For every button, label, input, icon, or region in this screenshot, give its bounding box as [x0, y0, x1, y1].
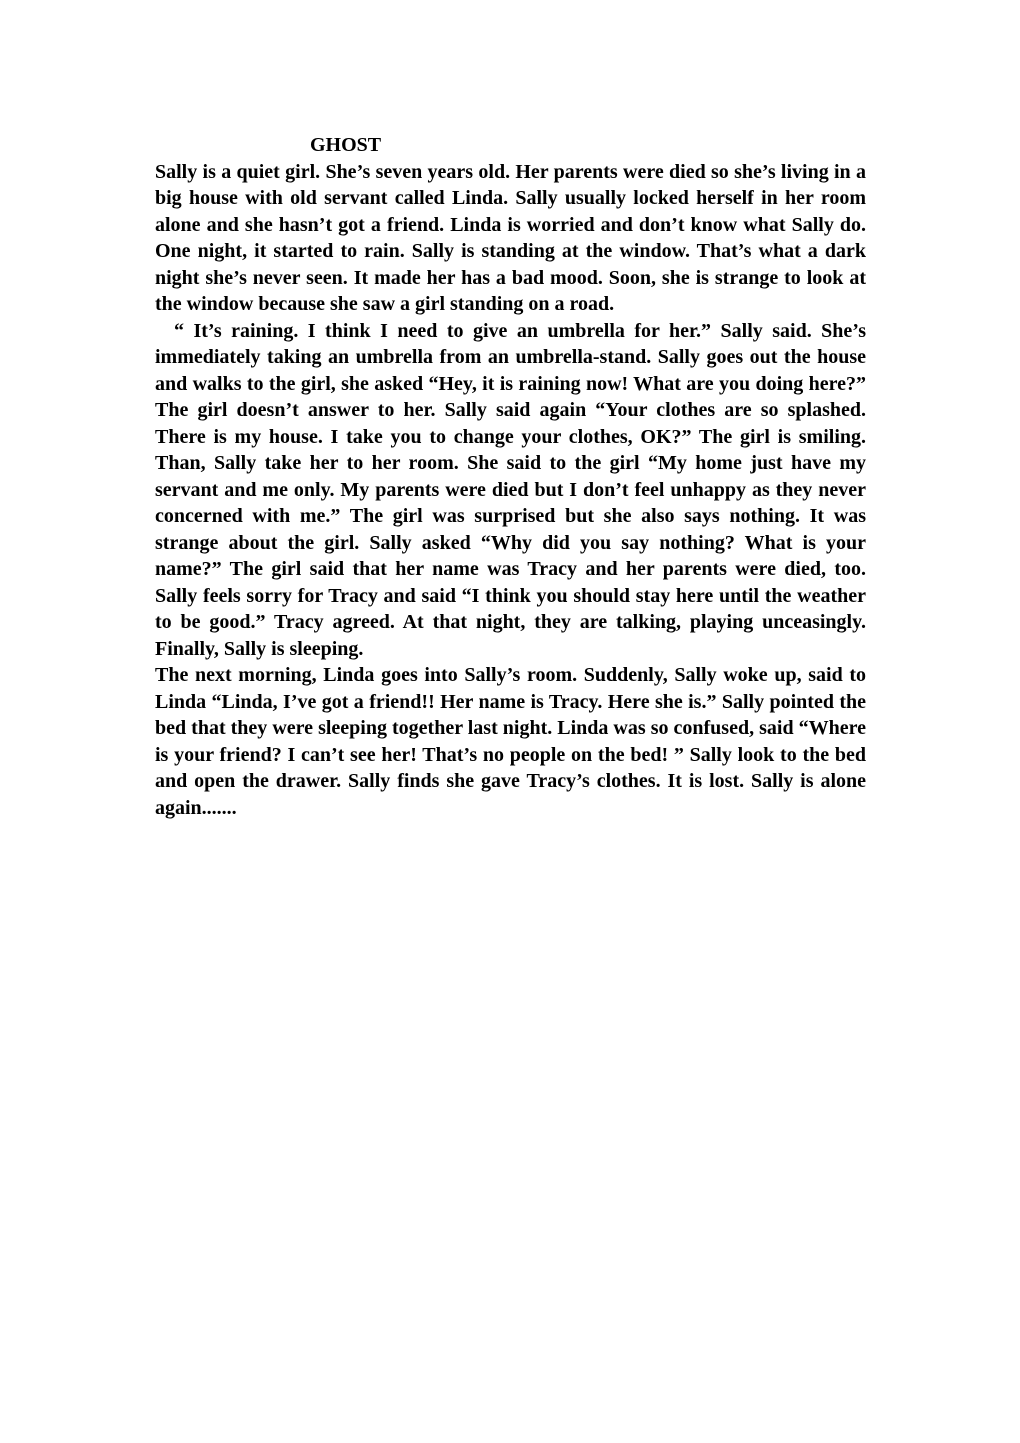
document-page: GHOST Sally is a quiet girl. She’s seven…: [0, 0, 1020, 1443]
story-paragraph-encounter: “ It’s raining. I think I need to give a…: [155, 318, 866, 663]
story-content: GHOST Sally is a quiet girl. She’s seven…: [155, 132, 866, 821]
story-paragraph-ending: The next morning, Linda goes into Sally’…: [155, 662, 866, 821]
story-paragraph-intro: Sally is a quiet girl. She’s seven years…: [155, 159, 866, 318]
story-title: GHOST: [155, 132, 866, 159]
